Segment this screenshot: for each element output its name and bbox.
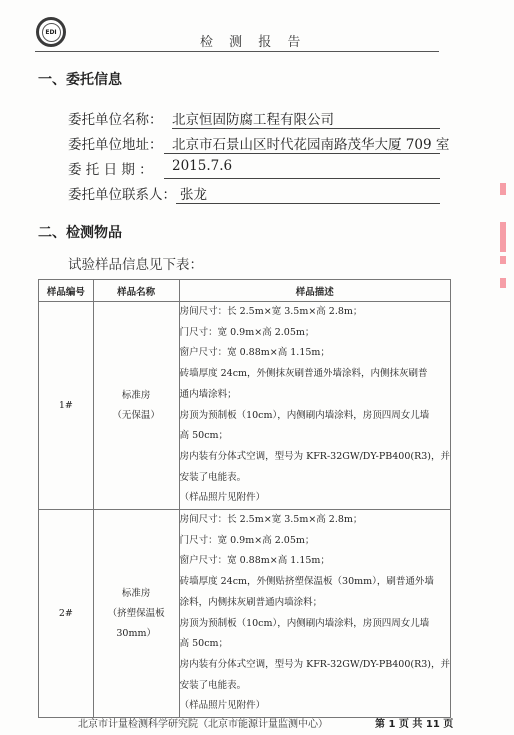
page-number: 第 1 页 共 11 页	[375, 715, 453, 730]
description-line: 房顶为预制板（10cm），内侧刷内墙涂料，房顶四周女儿墙	[180, 614, 450, 635]
field-underline	[176, 203, 440, 204]
field-label: 委托单位名称：	[68, 108, 163, 128]
description-line: 高 50cm；	[180, 634, 450, 655]
section-heading-commission-info: 一、委托信息	[38, 69, 122, 89]
column-header-sample-name: 样品名称	[93, 280, 179, 302]
section-heading-test-items: 二、检测物品	[38, 222, 122, 242]
description-line: 房间尺寸：长 2.5m×宽 3.5m×高 2.8m；	[180, 302, 450, 323]
sample-name-cell: 标准房 （无保温）	[93, 302, 179, 510]
field-label: 委托单位地址：	[68, 133, 163, 153]
table-row: 2# 标准房 （挤塑保温板 30mm） 房间尺寸：长 2.5m×宽 3.5m×高…	[39, 510, 451, 718]
sample-id-cell: 1#	[39, 302, 94, 510]
document-title: 检 测 报 告	[200, 31, 306, 50]
sample-info-table: 样品编号 样品名称 样品描述 1# 标准房 （无保温） 房间尺寸：长 2.5m×…	[38, 279, 451, 718]
sample-description-cell: 房间尺寸：长 2.5m×宽 3.5m×高 2.8m； 门尺寸：宽 0.9m×高 …	[179, 302, 450, 510]
description-line: 房内装有分体式空调，型号为 KFR-32GW/DY-PB400(R3)，并	[180, 655, 450, 676]
description-line: 窗户尺寸：宽 0.88m×高 1.15m；	[180, 343, 450, 364]
logo-mark: EDI	[42, 23, 61, 42]
field-value: 张龙	[180, 183, 207, 203]
header-divider	[35, 51, 439, 52]
sample-name-line: （无保温）	[94, 406, 179, 426]
field-value: 北京恒固防腐工程有限公司	[172, 108, 334, 128]
table-row: 1# 标准房 （无保温） 房间尺寸：长 2.5m×宽 3.5m×高 2.8m； …	[39, 302, 451, 510]
description-line: 门尺寸：宽 0.9m×高 2.05m；	[180, 531, 450, 552]
table-header-row: 样品编号 样品名称 样品描述	[39, 280, 451, 302]
column-header-sample-description: 样品描述	[179, 280, 450, 302]
field-label: 委托单位联系人：	[68, 183, 176, 203]
description-line: （样品照片见附件）	[180, 488, 450, 509]
seal-stamp-fragment	[500, 183, 506, 195]
field-client-contact: 委托单位联系人： 张龙	[68, 183, 440, 203]
sample-description-cell: 房间尺寸：长 2.5m×宽 3.5m×高 2.8m； 门尺寸：宽 0.9m×高 …	[179, 510, 450, 718]
field-label: 委 托 日 期 ：	[68, 158, 153, 178]
sample-name-line: 标准房	[94, 584, 179, 604]
description-line: 房顶为预制板（10cm），内侧刷内墙涂料，房顶四周女儿墙	[180, 406, 450, 427]
description-line: 安装了电能表。	[180, 676, 450, 697]
sample-name-line: 30mm）	[94, 624, 179, 644]
description-line: 砖墙厚度 24cm，外侧贴挤塑保温板（30mm），刷普通外墙	[180, 572, 450, 593]
field-underline	[164, 178, 440, 179]
field-client-address: 委托单位地址： 北京市石景山区时代花园南路茂华大厦 709 室	[68, 133, 440, 153]
field-underline	[164, 153, 440, 154]
seal-stamp-fragment	[500, 256, 506, 264]
description-line: 安装了电能表。	[180, 468, 450, 489]
field-value: 2015.7.6	[172, 158, 232, 174]
sample-name-cell: 标准房 （挤塑保温板 30mm）	[93, 510, 179, 718]
description-line: 高 50cm；	[180, 426, 450, 447]
column-header-sample-id: 样品编号	[39, 280, 94, 302]
description-line: 通内墙涂料；	[180, 385, 450, 406]
field-client-name: 委托单位名称： 北京恒固防腐工程有限公司	[68, 108, 440, 128]
sample-id-cell: 2#	[39, 510, 94, 718]
description-line: 房间尺寸：长 2.5m×宽 3.5m×高 2.8m；	[180, 510, 450, 531]
description-line: （样品照片见附件）	[180, 696, 450, 717]
description-line: 房内装有分体式空调，型号为 KFR-32GW/DY-PB400(R3)，并	[180, 447, 450, 468]
footer-organization: 北京市计量检测科学研究院（北京市能源计量监测中心）	[78, 715, 328, 730]
description-line: 涂料，内侧抹灰刷普通内墙涂料；	[180, 593, 450, 614]
sample-name-line: （挤塑保温板	[94, 604, 179, 624]
field-underline	[172, 128, 440, 129]
field-value: 北京市石景山区时代花园南路茂华大厦 709 室	[172, 133, 449, 153]
description-line: 窗户尺寸：宽 0.88m×高 1.15m；	[180, 551, 450, 572]
description-line: 门尺寸：宽 0.9m×高 2.05m；	[180, 323, 450, 344]
seal-stamp-fragment	[500, 278, 506, 288]
field-commission-date: 委 托 日 期 ： 2015.7.6	[68, 158, 440, 178]
institute-seal-logo: EDI	[36, 17, 66, 47]
seal-stamp-fragment	[500, 222, 506, 252]
description-line: 砖墙厚度 24cm，外侧抹灰刷普通外墙涂料，内侧抹灰刷普	[180, 364, 450, 385]
table-intro-text: 试验样品信息见下表：	[68, 253, 203, 273]
sample-name-line: 标准房	[94, 386, 179, 406]
